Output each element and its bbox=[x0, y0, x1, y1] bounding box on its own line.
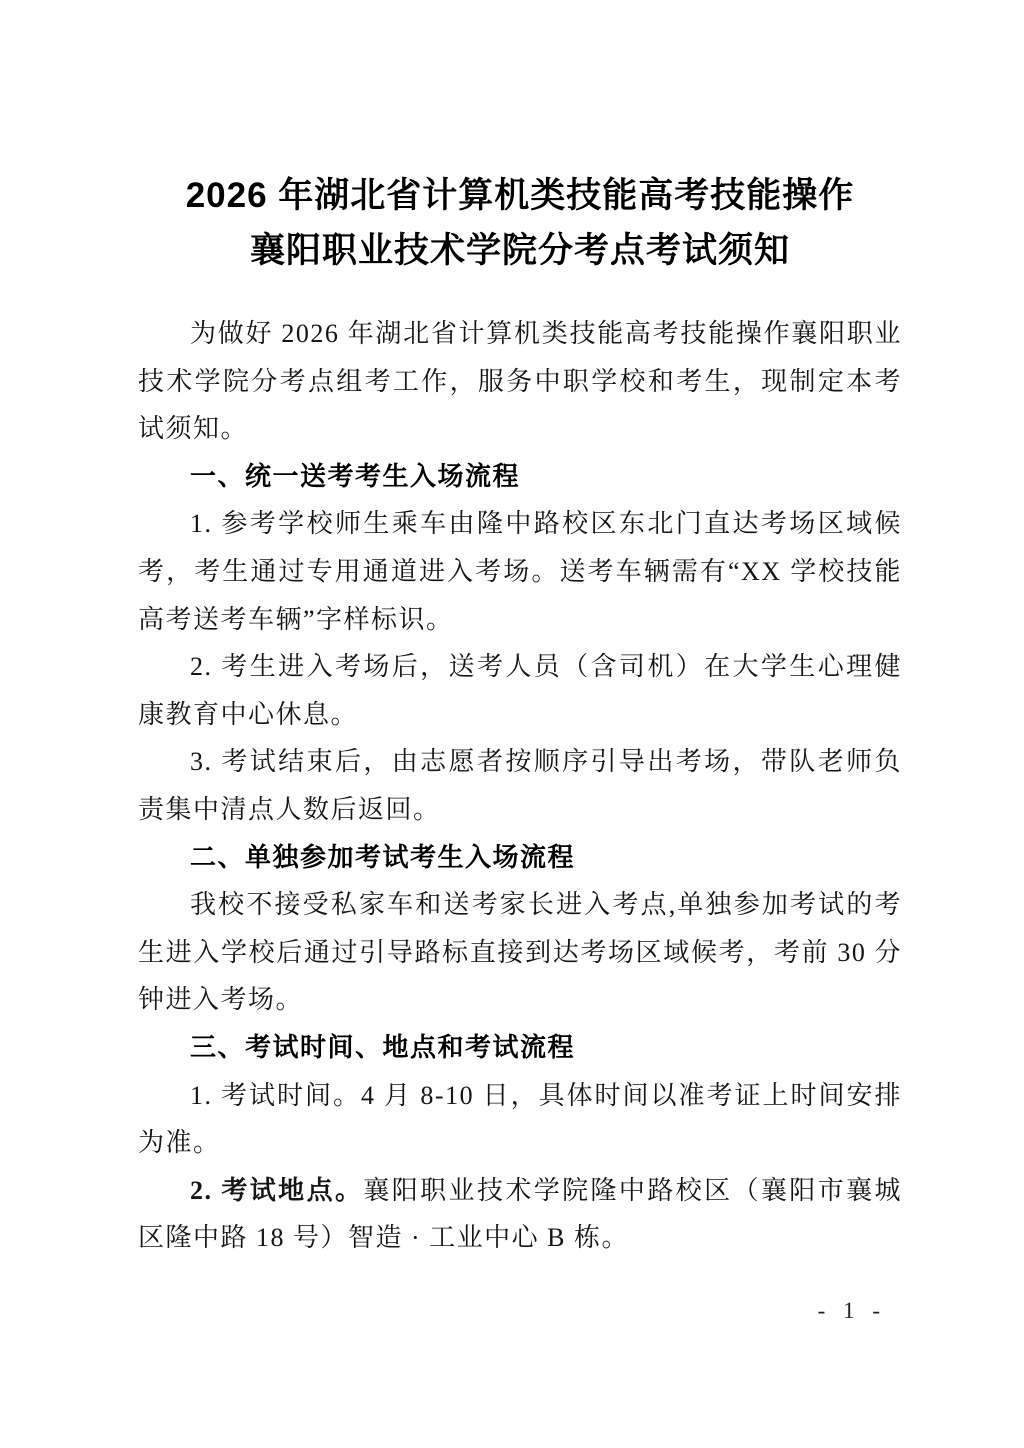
page-number: - 1 - bbox=[818, 1298, 886, 1324]
section-heading-1: 一、统一送考考生入场流程 bbox=[138, 453, 902, 501]
section1-item-3: 3. 考试结束后，由志愿者按顺序引导出考场，带队老师负责集中清点人数后返回。 bbox=[138, 738, 902, 833]
document-title: 2026 年湖北省计算机类技能高考技能操作 襄阳职业技术学院分考点考试须知 bbox=[138, 168, 902, 278]
section1-item-1: 1. 参考学校师生乘车由隆中路校区东北门直达考场区域候考，考生通过专用通道进入考… bbox=[138, 500, 902, 643]
document-body: 为做好 2026 年湖北省计算机类技能高考技能操作襄阳职业技术学院分考点组考工作… bbox=[138, 310, 902, 1262]
intro-paragraph: 为做好 2026 年湖北省计算机类技能高考技能操作襄阳职业技术学院分考点组考工作… bbox=[138, 310, 902, 453]
section-heading-3: 三、考试时间、地点和考试流程 bbox=[138, 1024, 902, 1072]
section2-paragraph: 我校不接受私家车和送考家长进入考点,单独参加考试的考生进入学校后通过引导路标直接… bbox=[138, 881, 902, 1024]
section3-item-1: 1. 考试时间。4 月 8-10 日，具体时间以准考证上时间安排为准。 bbox=[138, 1072, 902, 1167]
document-title-line-1: 2026 年湖北省计算机类技能高考技能操作 bbox=[138, 168, 902, 223]
document-title-line-2: 襄阳职业技术学院分考点考试须知 bbox=[138, 223, 902, 278]
section-heading-2: 二、单独参加考试考生入场流程 bbox=[138, 834, 902, 882]
section3-item-2: 2. 考试地点。襄阳职业技术学院隆中路校区（襄阳市襄城区隆中路 18 号）智造 … bbox=[138, 1167, 902, 1262]
document-page: 2026 年湖北省计算机类技能高考技能操作 襄阳职业技术学院分考点考试须知 为做… bbox=[0, 0, 1024, 1448]
section1-item-2: 2. 考生进入考场后，送考人员（含司机）在大学生心理健康教育中心休息。 bbox=[138, 643, 902, 738]
section3-item-2-lead: 2. 考试地点。 bbox=[190, 1176, 363, 1205]
